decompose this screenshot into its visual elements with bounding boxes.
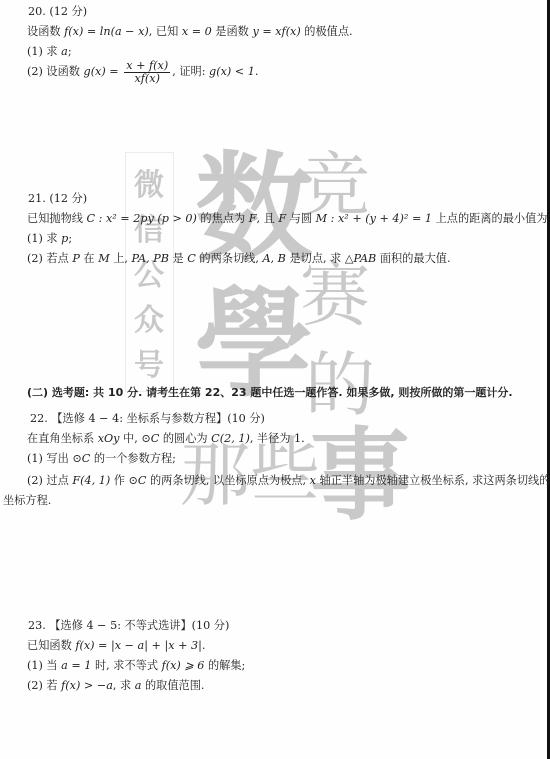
exam-page: 微 信 公 众 号 数 學 竞 赛 的 那 些 事 20. (12 分) 设函数… <box>0 0 547 759</box>
math: C <box>82 452 91 465</box>
numerator: x + f(x) <box>124 60 170 73</box>
q22-part1: (1) 写出 ⊙C 的一个参数方程; <box>27 452 176 466</box>
q21-stem: 已知抛物线 C : x² = 2py (p > 0) 的焦点为 F, 且 F 与… <box>27 212 550 226</box>
math: x = 0 <box>182 25 212 38</box>
q20-part1: (1) 求 a; <box>27 45 72 59</box>
math: F(4, 1) <box>72 474 110 487</box>
math: F <box>249 212 257 225</box>
text: (1) 求 <box>27 45 61 58</box>
math: M <box>98 252 109 265</box>
q21-header: 21. (12 分) <box>28 192 87 206</box>
fraction: x + f(x)xf(x) <box>124 60 170 85</box>
text: 是 <box>169 252 187 265</box>
math: PA, PB <box>132 252 169 265</box>
watermark-calligraphy: 竞 <box>300 150 370 220</box>
text: (2) 设函数 <box>27 65 84 78</box>
text: (2) 若 <box>27 679 61 692</box>
text: 的解集; <box>204 659 245 672</box>
section-header-elective: (二) 选考题: 共 10 分. 请考生在第 22、23 题中任选一题作答. 如… <box>27 386 513 400</box>
q21-part1: (1) 求 p; <box>27 232 72 246</box>
math: C <box>187 252 196 265</box>
math: f(x) = |x − a| + |x + 3| <box>75 639 202 652</box>
q23-stem: 已知函数 f(x) = |x − a| + |x + 3|. <box>27 639 205 653</box>
text: 作 ⊙ <box>110 474 138 487</box>
math: C : x² = 2py (p > 0) <box>87 212 197 225</box>
watermark-calligraphy: 的 <box>305 350 375 420</box>
text: , 求 <box>113 679 135 692</box>
text: ; <box>68 45 72 58</box>
q23-part1: (1) 当 a = 1 时, 求不等式 f(x) ⩾ 6 的解集; <box>27 659 245 673</box>
text: 中, ⊙ <box>120 432 151 445</box>
math: g(x) < 1 <box>209 65 255 78</box>
math: f(x) = ln(a − x) <box>64 25 149 38</box>
text: 的一个参数方程; <box>90 452 176 465</box>
q20-stem: 设函数 f(x) = ln(a − x), 已知 x = 0 是函数 y = x… <box>27 25 353 39</box>
math: F <box>278 212 286 225</box>
math: f(x) ⩾ 6 <box>162 659 205 672</box>
denominator: xf(x) <box>124 73 170 85</box>
q22-part2: (2) 过点 F(4, 1) 作 ⊙C 的两条切线, 以坐标原点为极点, x 轴… <box>27 474 550 488</box>
text: (1) 当 <box>27 659 61 672</box>
math: a <box>61 45 68 58</box>
math: M : x² + (y + 4)² = 1 <box>316 212 432 225</box>
math: xOy <box>98 432 120 445</box>
math: P <box>72 252 80 265</box>
text: 设函数 <box>27 25 64 38</box>
text: . <box>255 65 259 78</box>
q22-stem: 在直角坐标系 xOy 中, ⊙C 的圆心为 C(2, 1), 半径为 1. <box>27 432 305 446</box>
math: y = xf(x) <box>252 25 300 38</box>
text: 的焦点为 <box>197 212 249 225</box>
text: 上, <box>110 252 132 265</box>
text: , 半径为 1. <box>250 432 305 445</box>
text: 时, 求不等式 <box>91 659 161 672</box>
text: , 且 <box>257 212 279 225</box>
math: a = 1 <box>61 659 91 672</box>
watermark-calligraphy: 数 <box>195 150 313 268</box>
text: , 已知 <box>149 25 182 38</box>
text: 在 <box>80 252 98 265</box>
text: , 证明: <box>172 65 209 78</box>
q20-part2: (2) 设函数 g(x) = x + f(x)xf(x), 证明: g(x) <… <box>27 59 258 85</box>
text: 已知抛物线 <box>27 212 87 225</box>
math: △PAB <box>345 252 376 265</box>
text: 在直角坐标系 <box>27 432 98 445</box>
text: (2) 若点 <box>27 252 72 265</box>
q20-header: 20. (12 分) <box>28 5 87 19</box>
math: f(x) > −a <box>61 679 113 692</box>
text: . <box>202 639 206 652</box>
text: (1) 写出 ⊙ <box>27 452 82 465</box>
text: (2) 过点 <box>27 474 72 487</box>
text: 与圆 <box>286 212 316 225</box>
watermark-char: 众 <box>128 295 170 339</box>
q22-header: 22. 【选修 4 − 4: 坐标系与参数方程】(10 分) <box>30 412 265 426</box>
q21-part2: (2) 若点 P 在 M 上, PA, PB 是 C 的两条切线, A, B 是… <box>27 252 451 266</box>
watermark-char: 微 <box>128 160 170 204</box>
text: 的取值范围. <box>141 679 204 692</box>
math: g(x) = <box>84 65 119 78</box>
q22-part2-wrap: 坐标方程. <box>3 494 51 508</box>
text: 的极值点. <box>301 25 353 38</box>
text: 面积的最大值. <box>376 252 450 265</box>
math: C(2, 1) <box>211 432 250 445</box>
text: 是函数 <box>212 25 253 38</box>
text: ; <box>68 232 72 245</box>
text: 上点的距离的最小值为 4. <box>432 212 550 225</box>
q23-part2: (2) 若 f(x) > −a, 求 a 的取值范围. <box>27 679 204 693</box>
text: 是切点, 求 <box>286 252 345 265</box>
watermark-char: 号 <box>128 340 170 384</box>
watermark-calligraphy: 赛 <box>300 260 370 330</box>
text: 的两条切线, 以坐标原点为极点, <box>146 474 309 487</box>
q23-header: 23. 【选修 4 − 5: 不等式选讲】(10 分) <box>28 619 229 633</box>
text: 的两条切线, <box>196 252 263 265</box>
text: 轴正半轴为极轴建立极坐标系, 求这两条切线的极 <box>316 474 550 487</box>
text: 的圆心为 <box>159 432 211 445</box>
text: (1) 求 <box>27 232 61 245</box>
math: C <box>151 432 160 445</box>
text: 已知函数 <box>27 639 75 652</box>
math: A, B <box>262 252 285 265</box>
